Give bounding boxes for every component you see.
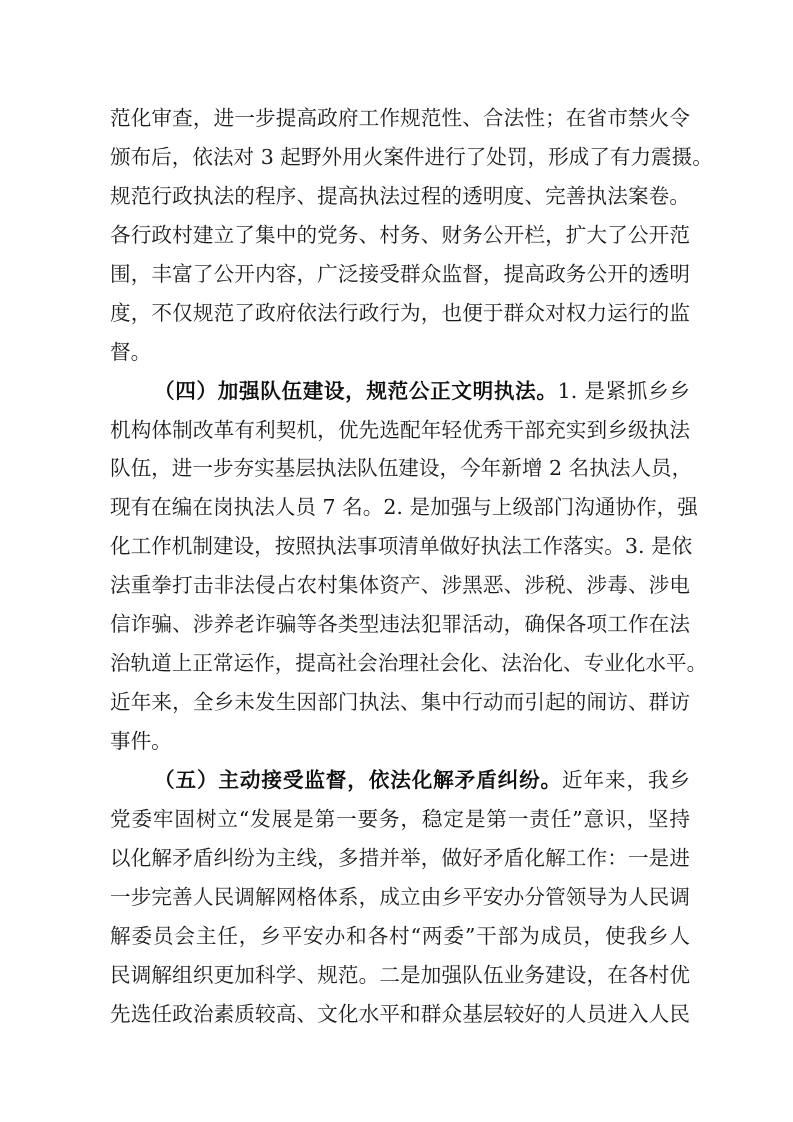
- text-line: 信诈骗、涉养老诈骗等各类型违法犯罪活动，确保各项工作在法: [110, 605, 690, 644]
- text-line: 现有在编在岗执法人员 7 名。2. 是加强与上级部门沟通协作，强: [110, 488, 690, 527]
- section-first-line-text: 1. 是紧抓乡乡: [558, 379, 690, 403]
- text-line: 度，不仅规范了政府依法行政行为，也便于群众对权力运行的监: [110, 294, 690, 333]
- text-line: 先选任政治素质较高、文化水平和群众基层较好的人员进入人民: [110, 995, 690, 1034]
- section-heading-4: （四）加强队伍建设，规范公正文明执法。: [154, 379, 558, 403]
- text-line: 机构体制改革有利契机，优先选配年轻优秀干部充实到乡级执法: [110, 411, 690, 450]
- document-page: 范化审查，进一步提高政府工作规范性、合法性；在省市禁火令 颁布后，依法对 3 起…: [110, 99, 690, 1034]
- text-line: 颁布后，依法对 3 起野外用火案件进行了处罚，形成了有力震摄。: [110, 138, 690, 177]
- paragraph-section-4: （四）加强队伍建设，规范公正文明执法。1. 是紧抓乡乡 机构体制改革有利契机，优…: [110, 372, 690, 761]
- section-first-line: （五）主动接受监督，依法化解矛盾纠纷。近年来，我乡: [110, 761, 690, 800]
- paragraph-continuation: 范化审查，进一步提高政府工作规范性、合法性；在省市禁火令 颁布后，依法对 3 起…: [110, 99, 690, 372]
- section-first-line-text: 近年来，我乡: [562, 768, 690, 792]
- text-line: 范化审查，进一步提高政府工作规范性、合法性；在省市禁火令: [110, 99, 690, 138]
- text-line: 队伍，进一步夯实基层执法队伍建设，今年新增 2 名执法人员，: [110, 449, 690, 488]
- text-line: 围，丰富了公开内容，广泛接受群众监督，提高政务公开的透明: [110, 255, 690, 294]
- text-line: 法重拳打击非法侵占农村集体资产、涉黑恶、涉税、涉毒、涉电: [110, 566, 690, 605]
- text-line: 民调解组织更加科学、规范。二是加强队伍业务建设，在各村优: [110, 956, 690, 995]
- text-line: 以化解矛盾纠纷为主线，多措并举，做好矛盾化解工作：一是进: [110, 839, 690, 878]
- section-first-line: （四）加强队伍建设，规范公正文明执法。1. 是紧抓乡乡: [110, 372, 690, 411]
- text-line: 党委牢固树立“发展是第一要务，稳定是第一责任”意识，坚持: [110, 800, 690, 839]
- section-heading-5: （五）主动接受监督，依法化解矛盾纠纷。: [154, 768, 562, 792]
- paragraph-section-5: （五）主动接受监督，依法化解矛盾纠纷。近年来，我乡 党委牢固树立“发展是第一要务…: [110, 761, 690, 1034]
- text-line: 近年来，全乡未发生因部门执法、集中行动而引起的闹访、群访: [110, 683, 690, 722]
- text-line: 督。: [110, 333, 690, 372]
- text-line: 事件。: [110, 722, 690, 761]
- text-line: 化工作机制建设，按照执法事项清单做好执法工作落实。3. 是依: [110, 527, 690, 566]
- text-line: 各行政村建立了集中的党务、村务、财务公开栏，扩大了公开范: [110, 216, 690, 255]
- text-line: 一步完善人民调解网格体系，成立由乡平安办分管领导为人民调: [110, 878, 690, 917]
- text-line: 解委员会主任，乡平安办和各村“两委”干部为成员，使我乡人: [110, 917, 690, 956]
- text-line: 治轨道上正常运作，提高社会治理社会化、法治化、专业化水平。: [110, 644, 690, 683]
- text-line: 规范行政执法的程序、提高执法过程的透明度、完善执法案卷。: [110, 177, 690, 216]
